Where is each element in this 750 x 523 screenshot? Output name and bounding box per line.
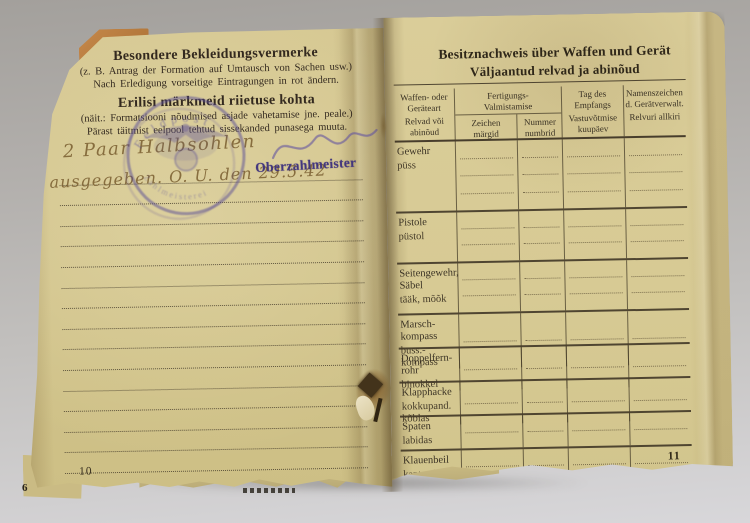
- entry-dotted-line: [463, 295, 516, 297]
- row-label-german: Spaten: [402, 420, 459, 433]
- header-col3-german: Tag des Empfangs: [562, 88, 623, 110]
- header-col-mark: Zeichen märgid: [455, 114, 517, 139]
- entry-dotted-line: [462, 244, 515, 246]
- cell-signature: [630, 412, 692, 445]
- header-col1-estonian: Relvad või abinõud: [394, 116, 454, 138]
- header-col3-estonian: Vastuvõtmise kuupäev: [562, 112, 623, 134]
- entry-dotted-line: [570, 293, 623, 295]
- header-group-estonian: Valmistamise: [455, 100, 561, 113]
- row-label-german: Pistole: [398, 217, 455, 230]
- entry-dotted-line: [460, 174, 513, 176]
- cell-mark: [456, 140, 519, 210]
- row-label-estonian: püss: [397, 160, 454, 173]
- spine-tear: [378, 106, 389, 146]
- table-row: Klapphackekokkupand. kõblas: [399, 378, 691, 418]
- row-label-estonian: püstol: [398, 231, 455, 244]
- row-label: Gewehrpüss: [395, 141, 457, 211]
- entry-dotted-line: [523, 226, 559, 228]
- row-label-german: Gewehr: [397, 146, 454, 159]
- signature: [268, 122, 381, 172]
- entry-dotted-line: [567, 172, 620, 174]
- weapons-table-rows: GewehrpüssPistolepüstolSeitengewehr, Säb…: [395, 137, 693, 486]
- entry-dotted-line: [522, 174, 558, 176]
- table-row: Seitengewehr, Säbeltääk, mõõk: [397, 259, 689, 316]
- header-col-receipt-date: Tag des Empfangs Vastuvõtmise kuupäev: [562, 85, 625, 137]
- entry-dotted-line: [573, 463, 626, 465]
- right-page: Besitznachweis über Waffen und Gerät Väl…: [383, 11, 733, 480]
- table-row: Pistolepüstol: [396, 208, 688, 265]
- cell-number: [523, 414, 569, 447]
- table-row: Marsch-kompassbuss.-kompass: [398, 310, 690, 350]
- weapons-table: Waffen- oder Geräteart Relvad või abinõu…: [394, 84, 693, 486]
- entry-dotted-line: [464, 340, 517, 342]
- entry-dotted-line: [524, 243, 560, 245]
- entry-dotted-line: [527, 401, 563, 403]
- wreath-smudge: [175, 148, 197, 170]
- entry-dotted-line: [526, 339, 562, 341]
- left-page-number: 10: [79, 466, 93, 478]
- entry-dotted-line: [572, 429, 625, 431]
- entry-dotted-line: [567, 155, 620, 157]
- cell-signature: [625, 137, 687, 207]
- round-ink-stamp: Feldpost Zahlmeisterei: [110, 78, 263, 236]
- entry-dotted-line: [466, 465, 519, 467]
- under-page-number: 6: [22, 482, 28, 494]
- header-col-weapon-type: Waffen- oder Geräteart Relvad või abinõu…: [394, 88, 456, 140]
- entry-dotted-line: [461, 227, 514, 229]
- right-page-number: 11: [668, 450, 681, 462]
- row-label-german: Marsch-kompass: [400, 318, 457, 343]
- cell-signature: [627, 259, 689, 309]
- weapons-table-header: Waffen- oder Geräteart Relvad või abinõu…: [394, 84, 686, 143]
- entry-dotted-line: [571, 338, 624, 340]
- header-col2b-german: Nummer: [517, 116, 562, 127]
- cell-signature: [631, 446, 693, 479]
- entry-dotted-line: [525, 294, 561, 296]
- row-label-german: Doppelfern-rohr: [401, 352, 458, 377]
- open-booklet: Besondere Bekleidungsvermerke (z. B. Ant…: [20, 11, 735, 504]
- entry-dotted-line: [629, 154, 682, 156]
- entry-dotted-line: [629, 171, 682, 173]
- row-label: Seitengewehr, Säbeltääk, mõõk: [397, 263, 459, 313]
- entry-dotted-line: [572, 400, 625, 402]
- cell-date: [565, 260, 628, 310]
- entry-dotted-line: [571, 366, 624, 368]
- entry-dotted-line: [461, 192, 514, 194]
- row-label-estonian: tääk, mõõk: [400, 293, 457, 306]
- entry-dotted-line: [631, 275, 684, 277]
- entry-dotted-line: [462, 278, 515, 280]
- header-col1-german: Waffen- oder Geräteart: [394, 92, 454, 114]
- header-col2a-estonian: märgid: [456, 128, 517, 140]
- header-col4-estonian: Relvuri allkiri: [624, 111, 685, 123]
- table-row: Doppelfern-rohrbinokkel: [399, 344, 691, 384]
- row-label-estonian: labidas: [402, 434, 459, 447]
- entry-dotted-line: [630, 224, 683, 226]
- cell-date: [563, 138, 626, 208]
- header-group-manufacture: Fertigungs- Valmistamise Zeichen märgid …: [455, 86, 563, 139]
- left-page: Besondere Bekleidungsvermerke (z. B. Ant…: [21, 28, 393, 494]
- entry-dotted-line: [464, 368, 517, 370]
- entry-dotted-line: [465, 402, 518, 404]
- cell-date: [568, 413, 631, 446]
- table-row: Spatenlabidas: [400, 412, 692, 452]
- entry-dotted-line: [568, 225, 621, 227]
- table-row: Gewehrpüss: [395, 137, 687, 214]
- entry-dotted-line: [527, 430, 563, 432]
- entry-dotted-line: [634, 399, 687, 401]
- header-col4-german: Namenszeichen d. Gerätverwalt.: [624, 87, 685, 109]
- row-label-german: Klauenbeil: [403, 454, 460, 467]
- entry-dotted-line: [568, 190, 621, 192]
- right-page-crease: [688, 11, 723, 474]
- entry-dotted-line: [524, 277, 560, 279]
- entry-dotted-line: [630, 189, 683, 191]
- entry-dotted-line: [526, 367, 562, 369]
- entry-dotted-line: [523, 191, 559, 193]
- cell-date: [569, 447, 632, 480]
- header-col-number: Nummer numbrid: [517, 113, 562, 138]
- entry-dotted-line: [633, 365, 686, 367]
- header-group-label: Fertigungs- Valmistamise: [455, 86, 561, 115]
- cell-mark: [461, 415, 524, 448]
- entry-dotted-line: [528, 464, 564, 466]
- cell-number: [519, 210, 565, 260]
- header-col2b-estonian: numbrid: [518, 127, 563, 138]
- entry-dotted-line: [522, 156, 558, 158]
- entry-dotted-line: [465, 431, 518, 433]
- cell-date: [564, 209, 627, 259]
- under-page-print-fragment: [243, 488, 295, 493]
- entry-dotted-line: [460, 157, 513, 159]
- cell-mark: [457, 211, 520, 261]
- entry-dotted-line: [634, 428, 687, 430]
- entry-dotted-line: [569, 276, 622, 278]
- header-col-signature: Namenszeichen d. Gerätverwalt. Relvuri a…: [624, 84, 686, 136]
- entry-dotted-line: [631, 240, 684, 242]
- stamp-arc-text-bottom: Zahlmeisterei: [142, 171, 210, 202]
- cell-number: [520, 261, 566, 311]
- row-label: Pistolepüstol: [396, 212, 458, 262]
- document-photo: Besondere Bekleidungsvermerke (z. B. Ant…: [0, 0, 750, 523]
- table-row: Klauenbeilkantav kirves: [401, 446, 693, 486]
- entry-dotted-line: [632, 291, 685, 293]
- cell-number: [524, 448, 570, 481]
- signature-stroke: [273, 130, 377, 158]
- cell-number: [518, 139, 564, 209]
- row-label-german: Klapphacke: [401, 386, 458, 399]
- cell-signature: [626, 208, 688, 258]
- row-label: Spatenlabidas: [400, 416, 462, 449]
- cell-mark: [458, 262, 521, 312]
- entry-dotted-line: [569, 242, 622, 244]
- row-label-german: Seitengewehr, Säbel: [399, 268, 456, 293]
- entry-dotted-line: [633, 337, 686, 339]
